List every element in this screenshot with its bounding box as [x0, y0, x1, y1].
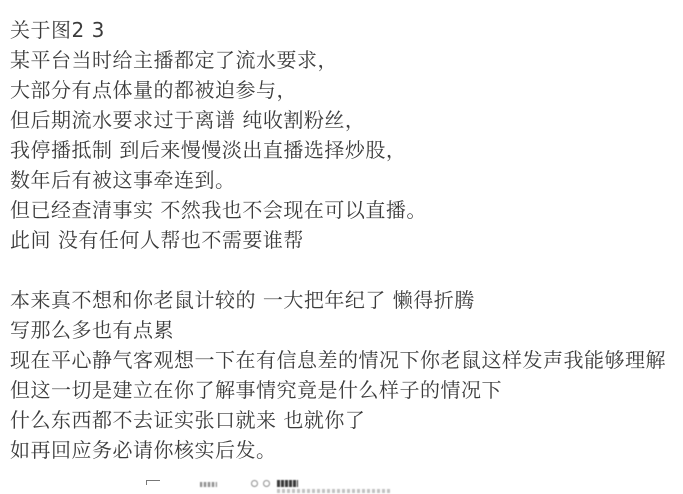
text-line: 如再回应务必请你核实后发。: [10, 435, 675, 465]
text-line: 某平台当时给主播都定了流水要求，: [10, 45, 675, 75]
text-line: 但这一切是建立在你了解事情究竟是什么样子的情况下: [10, 375, 675, 405]
text-line: 什么东西都不去证实张口就来 也就你了: [10, 405, 675, 435]
cropped-screenshot-fragment: [0, 476, 683, 494]
text-line: 关于图2 3: [10, 15, 675, 45]
fragment-circle-icon: [251, 480, 258, 487]
text-line: 此间 没有任何人帮也不需要谁帮: [10, 225, 675, 255]
text-line: 但后期流水要求过于离谱 纯收割粉丝，: [10, 105, 675, 135]
paragraph-statement: 关于图2 3 某平台当时给主播都定了流水要求， 大部分有点体量的都被迫参与， 但…: [10, 15, 675, 255]
text-line: 但已经查清事实 不然我也不会现在可以直播。: [10, 195, 675, 225]
fragment-microtext-faint: [277, 489, 391, 493]
text-line: 数年后有被这事牵连到。: [10, 165, 675, 195]
paragraph-reply: 本来真不想和你老鼠计较的 一大把年纪了 懒得折腾 写那么多也有点累 现在平心静气…: [10, 285, 675, 465]
text-line: 我停播抵制 到后来慢慢淡出直播选择炒股，: [10, 135, 675, 165]
text-line: 现在平心静气客观想一下在有信息差的情况下你老鼠这样发声我能够理解: [10, 345, 675, 375]
fragment-microtext-dark: [277, 480, 298, 487]
fragment-microtext: [200, 482, 217, 487]
fragment-bracket-mark: [146, 480, 160, 485]
text-line: 大部分有点体量的都被迫参与，: [10, 75, 675, 105]
post-screenshot: 关于图2 3 某平台当时给主播都定了流水要求， 大部分有点体量的都被迫参与， 但…: [0, 0, 683, 494]
fragment-circle-icon: [263, 480, 270, 487]
text-line: 本来真不想和你老鼠计较的 一大把年纪了 懒得折腾: [10, 285, 675, 315]
post-text: 关于图2 3 某平台当时给主播都定了流水要求， 大部分有点体量的都被迫参与， 但…: [10, 15, 675, 465]
text-line: 写那么多也有点累: [10, 315, 675, 345]
